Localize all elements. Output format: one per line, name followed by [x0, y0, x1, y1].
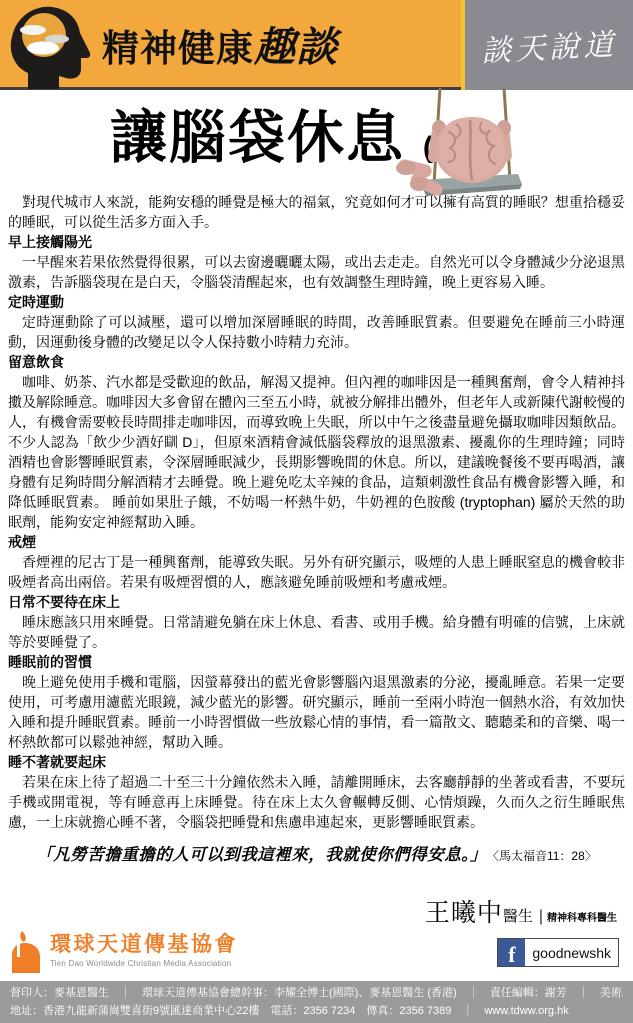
- section-heading: 早上接觸陽光: [8, 232, 625, 252]
- author-row: 王曦中醫生|精神科專科醫生: [425, 893, 617, 929]
- header-banner: 精神健康趣談 談天說道: [0, 0, 633, 90]
- candle-flame-icon: [8, 929, 42, 975]
- title-row: 讓腦袋休息 (三): [0, 90, 633, 190]
- head-with-clouds-icon: [0, 0, 102, 89]
- corner-stamp-text: 談天說道: [480, 19, 618, 70]
- intro-paragraph: 對現代城市人來説，能夠安穩的睡覺是極大的福氣，究竟如何才可以擁有高質的睡眠？想重…: [8, 192, 625, 232]
- brand-title-italic: 趣談: [254, 24, 338, 70]
- facebook-badge[interactable]: f goodnewshk: [497, 938, 619, 967]
- article-body: 對現代城市人來説，能夠安穩的睡覺是極大的福氣，究竟如何才可以擁有高質的睡眠？想重…: [0, 190, 633, 832]
- article-title-text: 讓腦袋休息: [110, 106, 405, 170]
- org-names: 環球天道傳基協會 Tien Dao Worldwide Christian Me…: [50, 929, 238, 968]
- org-name-en: Tien Dao Worldwide Christian Media Assoc…: [50, 959, 238, 968]
- scripture-reference: 〈馬太福音11：28〉: [493, 849, 597, 863]
- author-role: 精神科專科醫生: [547, 913, 617, 924]
- section-heading: 睡不著就要起床: [8, 752, 625, 772]
- header-left: 精神健康趣談: [0, 0, 461, 90]
- section-heading: 戒煙: [8, 532, 625, 552]
- author-degree: 醫生: [503, 908, 533, 925]
- corner-stamp: 談天說道: [461, 0, 633, 90]
- section-paragraph: 一早醒來若果依然覺得很累，可以去窗邊曬曬太陽，或出去走走。自然光可以令身體減少分…: [8, 252, 625, 292]
- brand-title-regular: 精神健康: [102, 28, 254, 69]
- facebook-handle: goodnewshk: [525, 939, 618, 966]
- section-heading: 睡眠前的習慣: [8, 652, 625, 672]
- section-paragraph: 睡床應該只用來睡覺。日常請避免躺在床上休息、看書、或用手機。給身體有明確的信號，…: [8, 612, 625, 652]
- author-separator: |: [539, 908, 543, 925]
- author-name: 王曦中: [425, 899, 503, 927]
- section-paragraph: 香煙裡的尼古丁是一種興奮劑，能導致失眠。另外有研究顯示，吸煙的人患上睡眠窒息的機…: [8, 552, 625, 592]
- section-paragraph: 晚上避免使用手機和電腦，因螢幕發出的藍光會影響腦內退黑激素的分泌，擾亂睡意。若果…: [8, 672, 625, 752]
- section-heading: 留意飲食: [8, 352, 625, 372]
- footer-address-line[interactable]: 地址：香港九龍新蒲崗雙喜街9號匯達商業中心22樓 電話：2356 7234 傳真…: [10, 1002, 623, 1020]
- section-paragraph: 若果在床上待了超過二十至三十分鐘依然未入睡，請離開睡床，去客廳靜靜的坐著或看書，…: [8, 772, 625, 832]
- flyer-page: 精神健康趣談 談天說道 讓腦袋休息 (三): [0, 0, 633, 1023]
- facebook-f-icon: f: [498, 939, 525, 966]
- scripture-quote-row: 「凡勞苦擔重擔的人可以到我這裡來，我就使你們得安息。」〈馬太福音11：28〉: [0, 841, 633, 865]
- section-heading: 定時運動: [8, 292, 625, 312]
- org-logo-block: 環球天道傳基協會 Tien Dao Worldwide Christian Me…: [8, 929, 238, 975]
- section-paragraph: 咖啡、奶茶、汽水都是受歡迎的飲品，解渴又提神。但內裡的咖啡因是一種興奮劑，會令人…: [8, 372, 625, 532]
- org-name-zh: 環球天道傳基協會: [50, 933, 238, 957]
- section-heading: 日常不要待在床上: [8, 592, 625, 612]
- brain-on-swing-icon: [392, 88, 530, 200]
- footer-credits-line: 督印人：麥基恩醫生 ｜ 環球天道傳基協會總幹事：李耀全博士(國際)、麥基恩醫生 …: [10, 984, 623, 1002]
- scripture-quote: 「凡勞苦擔重擔的人可以到我這裡來，我就使你們得安息。」: [36, 846, 487, 864]
- brand-title: 精神健康趣談: [102, 14, 338, 73]
- footer-bar: 督印人：麥基恩醫生 ｜ 環球天道傳基協會總幹事：李耀全博士(國際)、麥基恩醫生 …: [0, 981, 633, 1023]
- section-paragraph: 定時運動除了可以減壓，還可以增加深層睡眠的時間，改善睡眠質素。但要避免在睡前三小…: [8, 312, 625, 352]
